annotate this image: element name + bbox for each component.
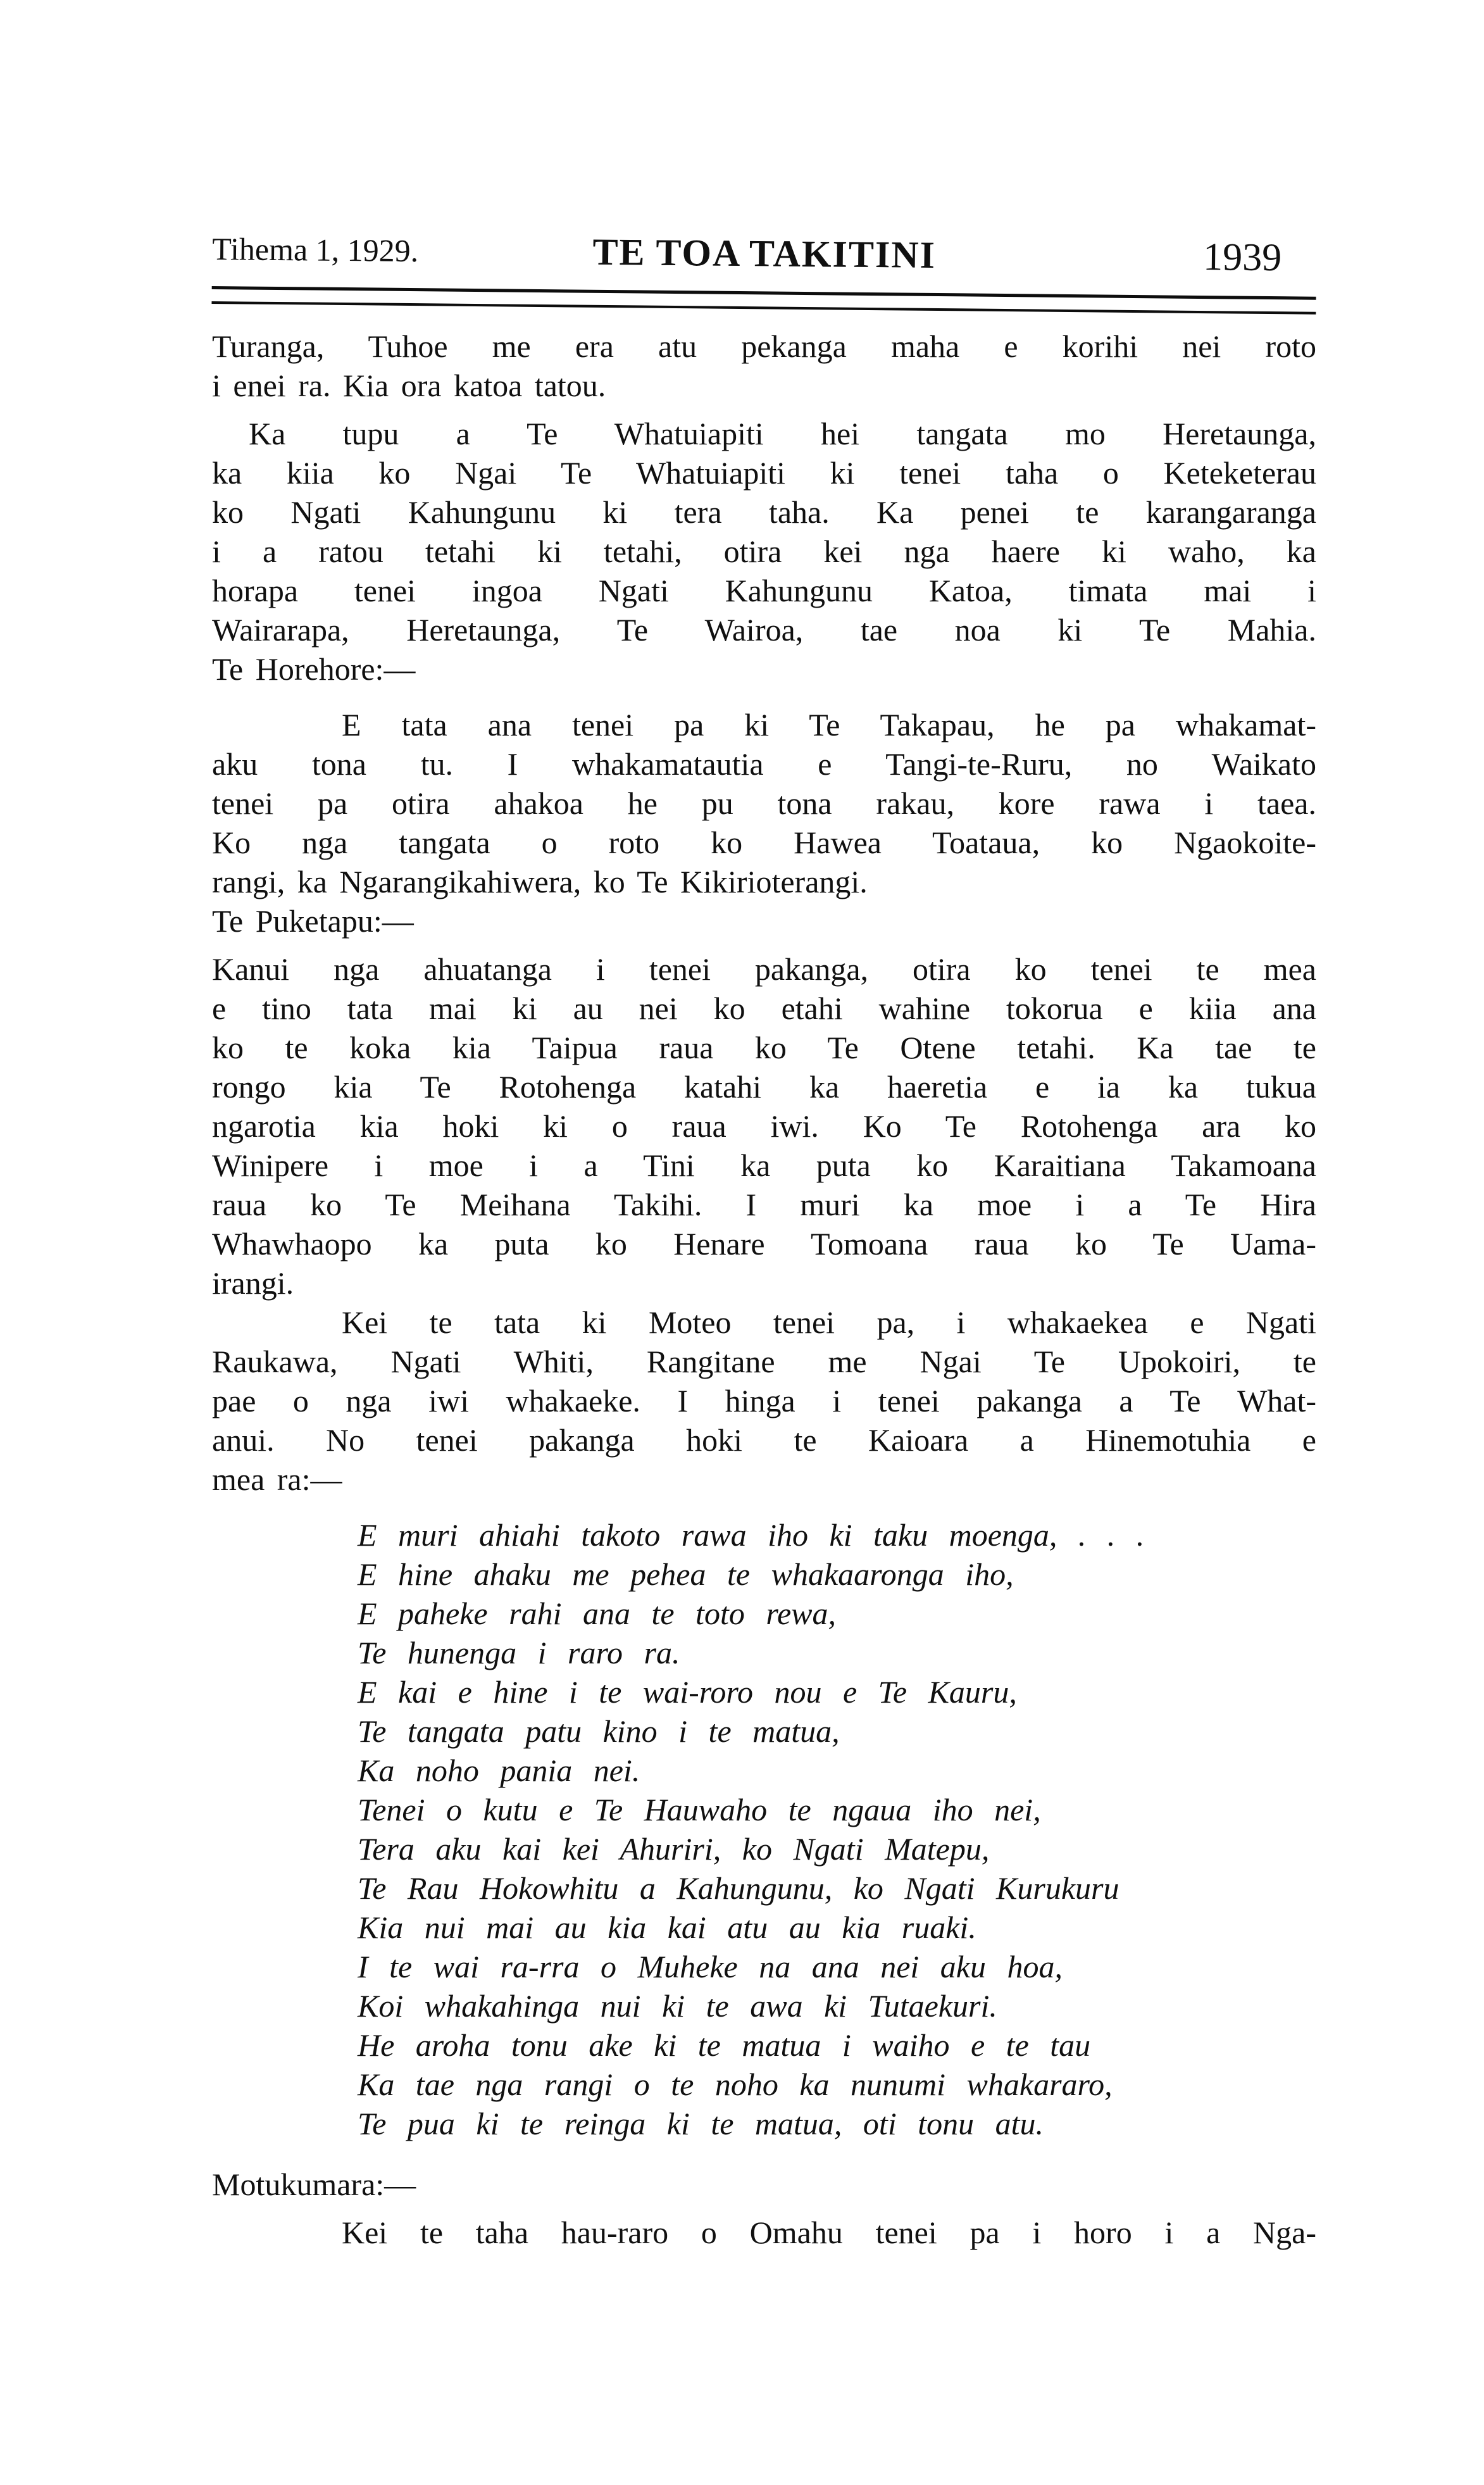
- text-line: i a ratou tetahi ki tetahi, otira kei ng…: [212, 532, 1316, 571]
- text-line: Raukawa, Ngati Whiti, Rangitane me Ngai …: [212, 1342, 1316, 1381]
- text-line: E paheke rahi ana te toto rewa,: [358, 1594, 1316, 1633]
- text-line: raua ko Te Meihana Takihi. I muri ka moe…: [212, 1185, 1316, 1224]
- text-line: anui. No tenei pakanga hoki te Kaioara a…: [212, 1420, 1316, 1460]
- text-line: Te hunenga i raro ra.: [358, 1633, 1316, 1672]
- section-label: Motukumara:—: [212, 2165, 1316, 2204]
- text-line: Kei te taha hau-raro o Omahu tenei pa i …: [212, 2213, 1316, 2252]
- text-line: Koi whakahinga nui ki te awa ki Tutaekur…: [358, 1986, 1316, 2025]
- text-line: Turanga, Tuhoe me era atu pekanga maha e…: [212, 327, 1316, 366]
- page-content: Tihema 1, 1929. TE TOA TAKITINI 1939 Tur…: [212, 229, 1316, 2252]
- text-line: ngarotia kia hoki ki o raua iwi. Ko Te R…: [212, 1106, 1316, 1146]
- document-body: Turanga, Tuhoe me era atu pekanga maha e…: [212, 327, 1316, 2252]
- text-line: Kanui nga ahuatanga i tenei pakanga, oti…: [212, 949, 1316, 989]
- text-line: mea ra:—: [212, 1460, 1316, 1499]
- text-line: Whawhaopo ka puta ko Henare Tomoana raua…: [212, 1224, 1316, 1263]
- text-line: Te pua ki te reinga ki te matua, oti ton…: [358, 2104, 1316, 2143]
- text-line: Winipere i moe i a Tini ka puta ko Karai…: [212, 1146, 1316, 1185]
- text-line: Te tangata patu kino i te matua,: [358, 1712, 1316, 1751]
- text-line: pae o nga iwi whakaeke. I hinga i tenei …: [212, 1381, 1316, 1420]
- paragraph: Kanui nga ahuatanga i tenei pakanga, oti…: [212, 949, 1316, 1303]
- verse-block: E muri ahiahi takoto rawa iho ki taku mo…: [358, 1515, 1316, 2143]
- text-line: Ka tupu a Te Whatuiapiti hei tangata mo …: [212, 414, 1316, 453]
- text-line: E tata ana tenei pa ki Te Takapau, he pa…: [212, 705, 1316, 744]
- text-line: e tino tata mai ki au nei ko etahi wahin…: [212, 989, 1316, 1028]
- double-rule: [211, 286, 1316, 315]
- text-line: Kia nui mai au kia kai atu au kia ruaki.: [358, 1908, 1316, 1947]
- text-line: rangi, ka Ngarangikahiwera, ko Te Kikiri…: [212, 862, 1316, 901]
- text-line: rongo kia Te Rotohenga katahi ka haereti…: [212, 1067, 1316, 1106]
- text-line: E kai e hine i te wai-roro nou e Te Kaur…: [358, 1672, 1316, 1712]
- text-line: I te wai ra-rra o Muheke na ana nei aku …: [358, 1947, 1316, 1986]
- text-line: Tenei o kutu e Te Hauwaho te ngaua iho n…: [358, 1790, 1316, 1829]
- text-line: ka kiia ko Ngai Te Whatuiapiti ki tenei …: [212, 453, 1316, 492]
- text-line: Te Rau Hokowhitu a Kahungunu, ko Ngati K…: [358, 1868, 1316, 1908]
- issue-date: Tihema 1, 1929.: [212, 233, 418, 266]
- text-line: Kei te tata ki Moteo tenei pa, i whakaek…: [212, 1303, 1316, 1342]
- text-line: Tera aku kai kei Ahuriri, ko Ngati Matep…: [358, 1829, 1316, 1868]
- header-rule-top: [212, 286, 1316, 300]
- header-rule-bottom: [211, 301, 1316, 315]
- paragraph: Ka tupu a Te Whatuiapiti hei tangata mo …: [212, 414, 1316, 649]
- text-line: He aroha tonu ake ki te matua i waiho e …: [358, 2025, 1316, 2065]
- paragraph: Kei te taha hau-raro o Omahu tenei pa i …: [212, 2213, 1316, 2252]
- masthead: Tihema 1, 1929. TE TOA TAKITINI 1939: [211, 229, 1316, 315]
- text-line: horapa tenei ingoa Ngati Kahungunu Katoa…: [212, 571, 1316, 610]
- text-line: Ka noho pania nei.: [358, 1751, 1316, 1790]
- text-line: Ka tae nga rangi o te noho ka nunumi wha…: [358, 2065, 1316, 2104]
- section-label: Te Puketapu:—: [212, 901, 1316, 941]
- paragraph: E tata ana tenei pa ki Te Takapau, he pa…: [212, 705, 1316, 901]
- text-line: tenei pa otira ahakoa he pu tona rakau, …: [212, 784, 1316, 823]
- text-line: Wairarapa, Heretaunga, Te Wairoa, tae no…: [212, 610, 1316, 649]
- masthead-title: TE TOA TAKITINI: [592, 233, 936, 274]
- text-line: irangi.: [212, 1263, 1316, 1303]
- text-line: Motukumara:—: [212, 2165, 1316, 2204]
- paragraph: Turanga, Tuhoe me era atu pekanga maha e…: [212, 327, 1316, 405]
- text-line: E hine ahaku me pehea te whakaaronga iho…: [358, 1555, 1316, 1594]
- text-line: E muri ahiahi takoto rawa iho ki taku mo…: [358, 1515, 1316, 1555]
- section-label: Te Horehore:—: [212, 649, 1316, 689]
- masthead-row: Tihema 1, 1929. TE TOA TAKITINI 1939: [212, 229, 1317, 283]
- paragraph: Kei te tata ki Moteo tenei pa, i whakaek…: [212, 1303, 1316, 1499]
- text-line: Ko nga tangata o roto ko Hawea Toataua, …: [212, 823, 1316, 862]
- text-line: ko te koka kia Taipua raua ko Te Otene t…: [212, 1028, 1316, 1067]
- text-line: ko Ngati Kahungunu ki tera taha. Ka pene…: [212, 492, 1316, 532]
- text-line: aku tona tu. I whakamatautia e Tangi-te-…: [212, 744, 1316, 784]
- text-line: Te Puketapu:—: [212, 901, 1316, 941]
- scanned-page: Tihema 1, 1929. TE TOA TAKITINI 1939 Tur…: [0, 0, 1484, 2485]
- page-number: 1939: [1203, 237, 1282, 277]
- text-line: i enei ra. Kia ora katoa tatou.: [212, 366, 1316, 405]
- text-line: Te Horehore:—: [212, 649, 1316, 689]
